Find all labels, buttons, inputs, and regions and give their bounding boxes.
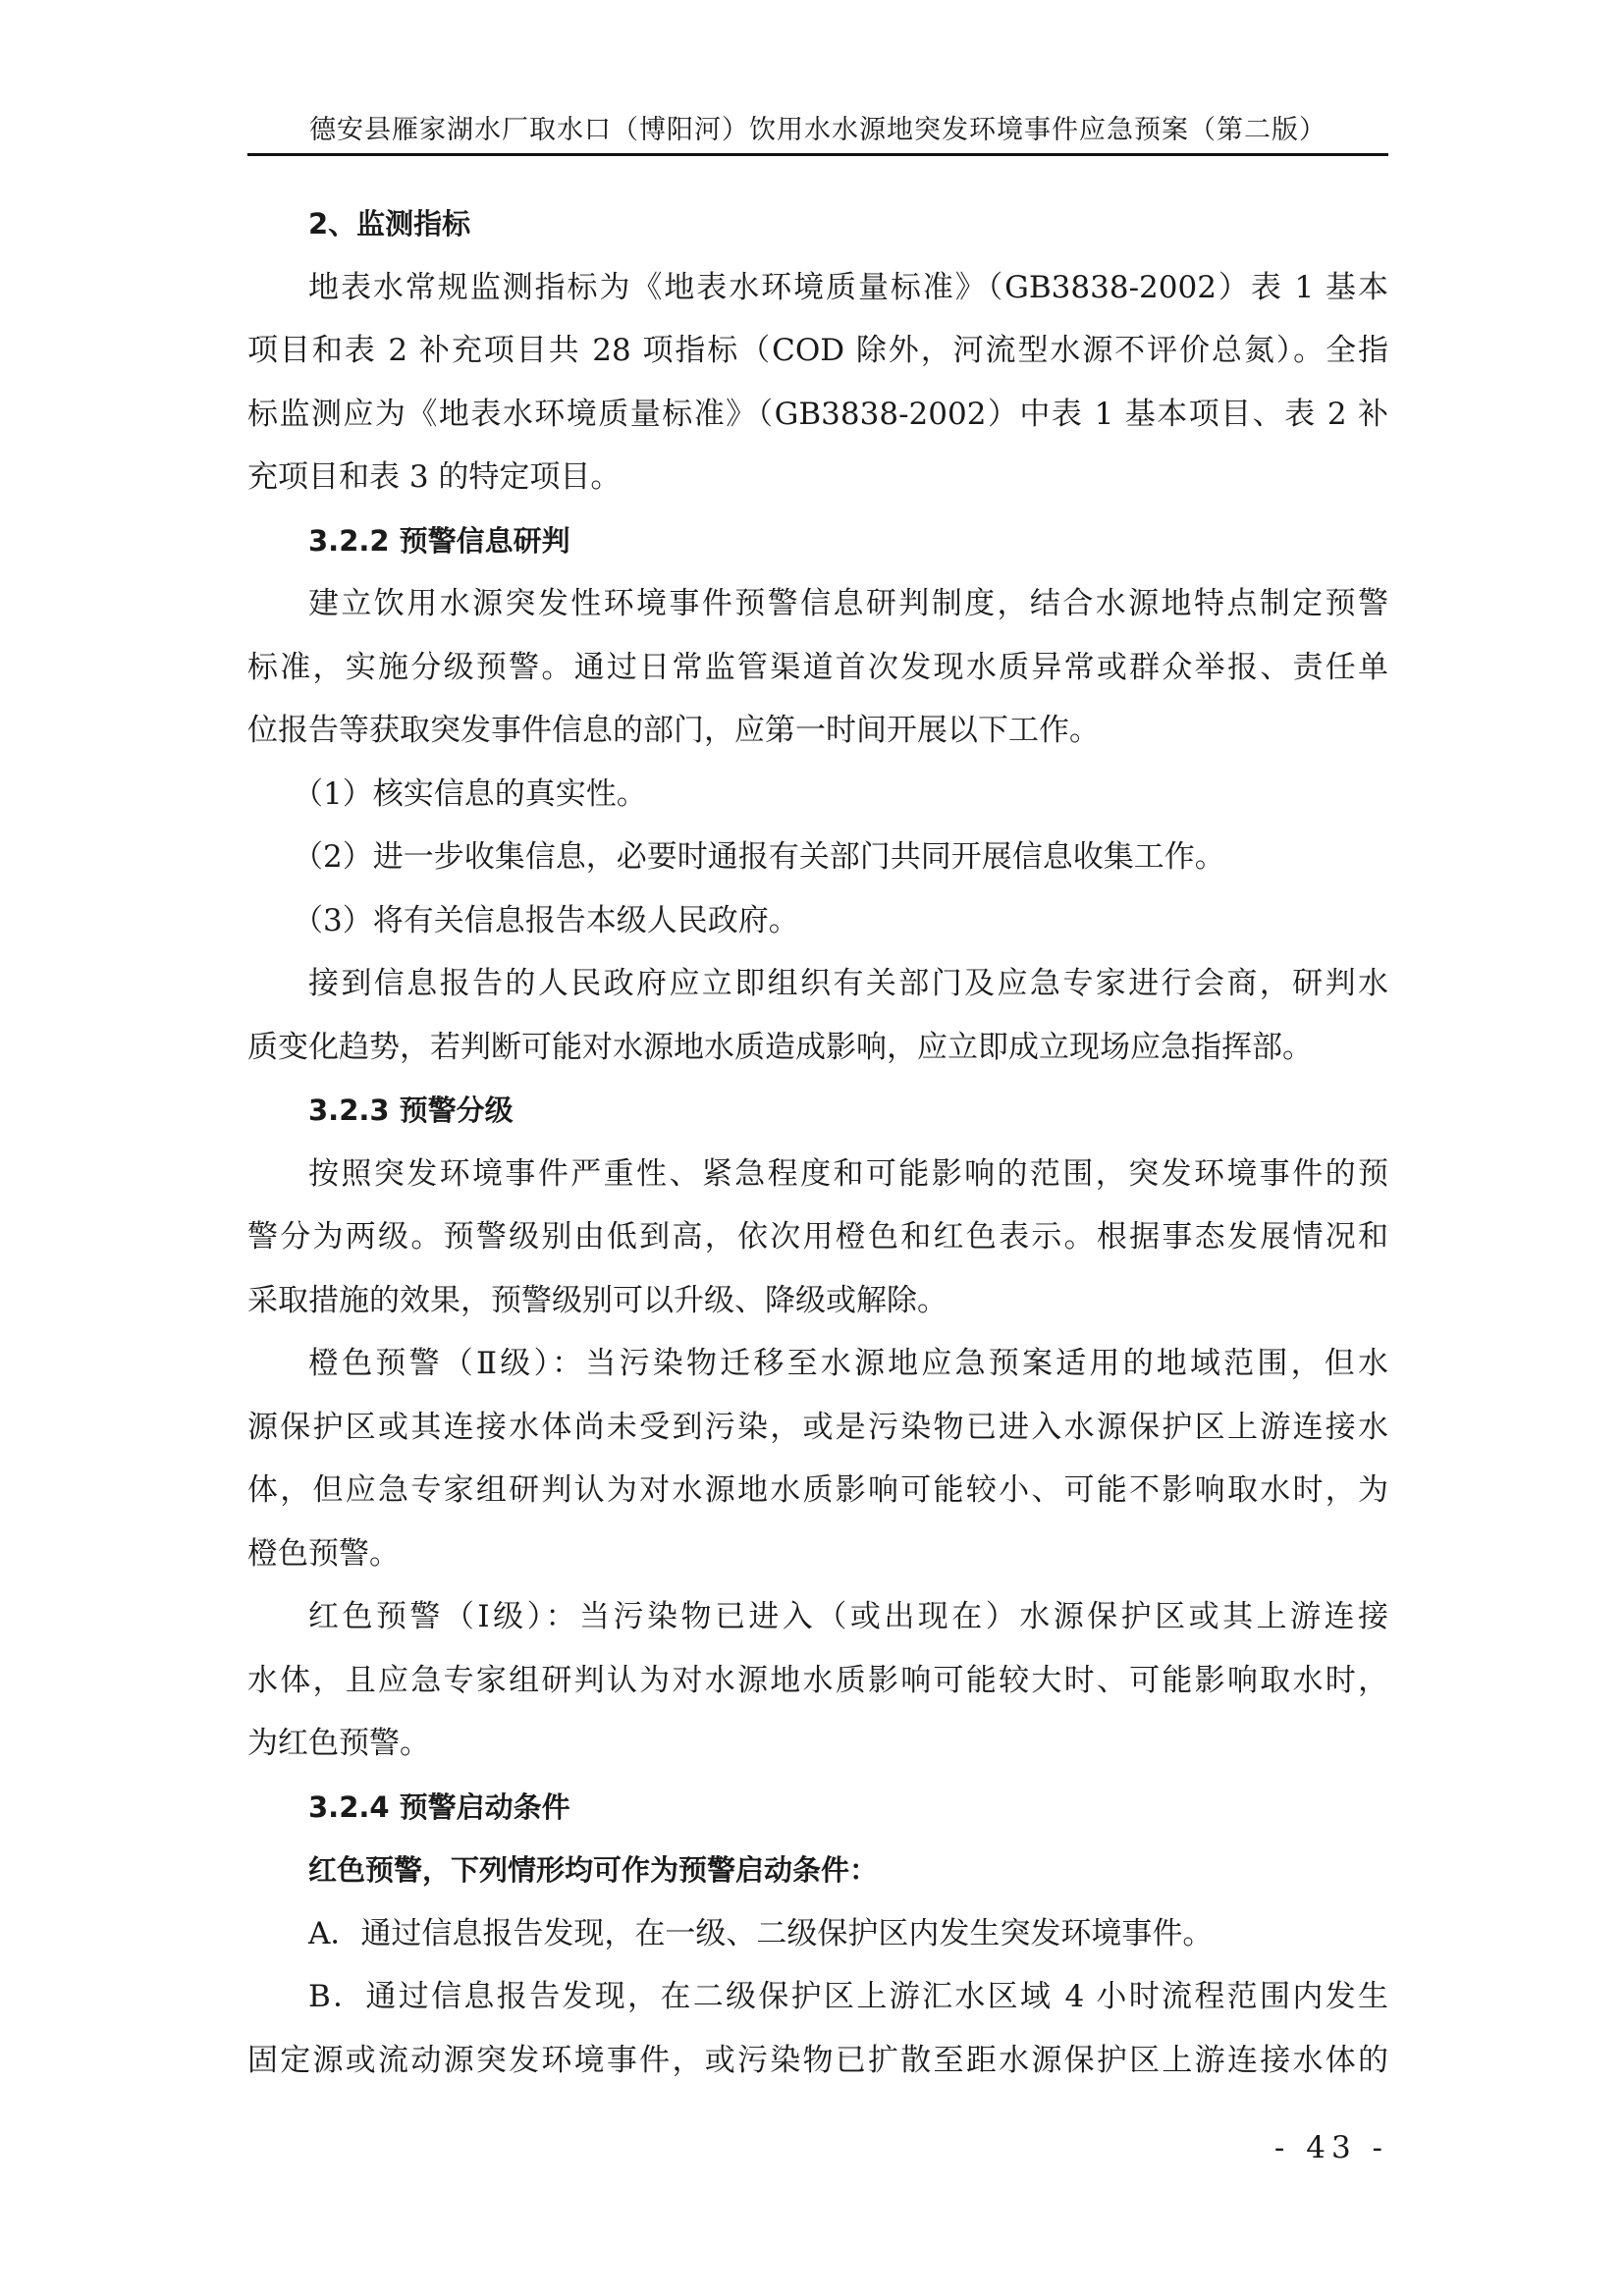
paragraph-line: 橙色预警。 [247,1522,1388,1586]
document-body: 2、监测指标 地表水常规监测指标为《地表水环境质量标准》（GB3838-2002… [247,192,1388,2092]
list-item: （2）进一步收集信息，必要时通报有关部门共同开展信息收集工作。 [247,826,1388,889]
section-heading: 2、监测指标 [247,192,1388,256]
paragraph-line: 警分为两级。预警级别由低到高，依次用橙色和红色表示。根据事态发展情况和 [247,1205,1388,1269]
paragraph-line: B．通过信息报告发现，在二级保护区上游汇水区域 4 小时流程范围内发生 [247,1965,1388,2029]
section-heading: 3.2.4 预警启动条件 [247,1776,1388,1840]
paragraph-line: 体，但应急专家组研判认为对水源地水质影响可能较小、可能不影响取水时，为 [247,1459,1388,1522]
page-number: - 43 - [1267,2130,1388,2165]
page-header-title: 德安县雁家湖水厂取水口（博阳河）饮用水水源地突发环境事件应急预案（第二版） [247,114,1388,147]
paragraph-line: 源保护区或其连接水体尚未受到污染，或是污染物已进入水源保护区上游连接水 [247,1396,1388,1460]
subsection-heading: 红色预警，下列情形均可作为预警启动条件： [247,1839,1388,1902]
paragraph-line: 充项目和表 3 的特定项目。 [247,446,1388,509]
paragraph-line: 固定源或流动源突发环境事件，或污染物已扩散至距水源保护区上游连接水体的 [247,2029,1388,2093]
list-item: （3）将有关信息报告本级人民政府。 [247,889,1388,953]
paragraph-line: 采取措施的效果，预警级别可以升级、降级或解除。 [247,1269,1388,1333]
list-item: A．通过信息报告发现，在一级、二级保护区内发生突发环境事件。 [247,1902,1388,1966]
paragraph-line: 项目和表 2 补充项目共 28 项指标（COD 除外，河流型水源不评价总氮）。全… [247,319,1388,383]
paragraph-line: 为红色预警。 [247,1712,1388,1776]
paragraph-line: 地表水常规监测指标为《地表水环境质量标准》（GB3838-2002）表 1 基本 [247,256,1388,320]
paragraph-line: 标准，实施分级预警。通过日常监管渠道首次发现水质异常或群众举报、责任单 [247,636,1388,700]
paragraph-line: 红色预警（Ⅰ级）：当污染物已进入（或出现在）水源保护区或其上游连接 [247,1585,1388,1649]
section-heading: 3.2.3 预警分级 [247,1079,1388,1143]
header-rule [247,153,1388,156]
paragraph-line: 位报告等获取突发事件信息的部门，应第一时间开展以下工作。 [247,699,1388,763]
paragraph-line: 橙色预警（Ⅱ级）：当污染物迁移至水源地应急预案适用的地域范围，但水 [247,1332,1388,1396]
paragraph-line: 建立饮用水源突发性环境事件预警信息研判制度，结合水源地特点制定预警 [247,572,1388,636]
paragraph-line: 接到信息报告的人民政府应立即组织有关部门及应急专家进行会商，研判水 [247,952,1388,1016]
paragraph-line: 标监测应为《地表水环境质量标准》（GB3838-2002）中表 1 基本项目、表… [247,383,1388,447]
list-item: （1）核实信息的真实性。 [247,763,1388,827]
paragraph-line: 质变化趋势，若判断可能对水源地水质造成影响，应立即成立现场应急指挥部。 [247,1016,1388,1080]
paragraph-line: 按照突发环境事件严重性、紧急程度和可能影响的范围，突发环境事件的预 [247,1143,1388,1206]
section-heading: 3.2.2 预警信息研判 [247,509,1388,573]
paragraph-line: 水体，且应急专家组研判认为对水源地水质影响可能较大时、可能影响取水时， [247,1649,1388,1713]
